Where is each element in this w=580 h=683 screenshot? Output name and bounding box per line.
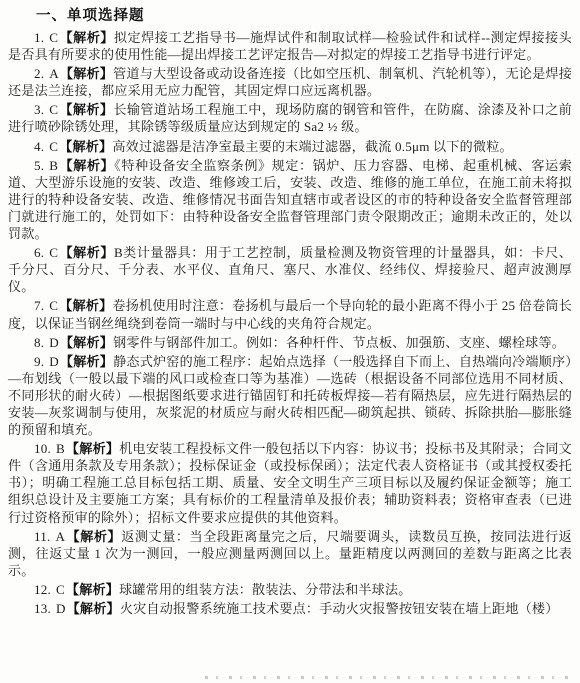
answer-item-6: 6.C【解析】B类计量器具：用于工艺控制，质量检测及物资管理的计量器具，如：卡尺…	[8, 244, 572, 295]
analysis-tag: 【解析】	[59, 158, 114, 173]
item-number: 5.	[34, 158, 44, 173]
item-text: 高效过滤器是洁净室最主要的末端过滤器，截流 0.5μm 以下的微粒。	[112, 139, 512, 154]
analysis-tag: 【解析】	[59, 30, 114, 45]
item-number: 10.	[34, 441, 51, 456]
item-answer: D	[49, 335, 59, 350]
answer-item-8: 8.D【解析】钢零件与钢部件加工。例如：各种杆件、节点板、加强筋、支座、螺栓球等…	[8, 334, 572, 351]
item-number: 9.	[34, 354, 44, 369]
item-answer: C	[49, 139, 58, 154]
item-answer: B	[49, 158, 58, 173]
item-answer: C	[49, 298, 58, 313]
answer-item-13: 13.D【解析】火灾自动报警系统施工技术要点：手动火灾报警按钮安装在墙上距地（楼…	[8, 600, 572, 617]
scan-cutoff-artifact	[205, 676, 575, 679]
answer-item-7: 7.C【解析】卷扬机使用时注意：卷扬机与最后一个导向轮的最小距离不得小于 25 …	[8, 297, 572, 331]
item-answer: C	[56, 582, 65, 597]
item-answer: D	[56, 601, 66, 616]
answer-item-12: 12.C【解析】球罐常用的组装方法：散装法、分带法和半球法。	[8, 581, 572, 598]
section-title: 一、单项选择题	[8, 6, 572, 26]
analysis-tag: 【解析】	[66, 441, 119, 456]
item-answer: C	[49, 30, 58, 45]
item-answer: B	[56, 441, 65, 456]
item-number: 11.	[34, 529, 50, 544]
analysis-tag: 【解析】	[59, 139, 112, 154]
item-number: 8.	[34, 335, 44, 350]
item-number: 1.	[34, 30, 44, 45]
answer-item-11: 11.A【解析】返测丈量：当全段距离量完之后，尺端要调头，读数员互换，按同法进行…	[8, 528, 572, 579]
answer-item-10: 10.B【解析】机电安装工程投标文件一般包括以下内容：协议书；投标书及其附录；合…	[8, 440, 572, 525]
analysis-tag: 【解析】	[66, 529, 121, 544]
item-number: 4.	[34, 139, 44, 154]
answer-item-2: 2.A【解析】管道与大型设备或动设备连接（比如空压机、制氧机、汽轮机等），无论是…	[8, 65, 572, 99]
item-text: 火灾自动报警系统施工技术要点：手动火灾报警按钮安装在墙上距地（楼）	[120, 601, 559, 616]
answer-item-1: 1.C【解析】拟定焊接工艺指导书—施焊试件和制取试样—检验试件和试样--测定焊接…	[8, 29, 572, 63]
item-number: 12.	[34, 582, 51, 597]
item-answer: C	[49, 245, 58, 260]
analysis-tag: 【解析】	[60, 335, 113, 350]
analysis-tag: 【解析】	[59, 245, 114, 260]
item-answer: A	[55, 529, 65, 544]
document-page: 一、单项选择题 1.C【解析】拟定焊接工艺指导书—施焊试件和制取试样—检验试件和…	[0, 0, 580, 683]
answer-item-9: 9.D【解析】静态式炉窑的施工程序：起始点选择（一般选择自下而上、自热端向冷端顺…	[8, 353, 572, 438]
analysis-tag: 【解析】	[60, 66, 113, 81]
item-number: 13.	[34, 601, 51, 616]
item-answer: A	[49, 66, 59, 81]
analysis-tag: 【解析】	[60, 354, 113, 369]
item-number: 6.	[34, 245, 44, 260]
answer-item-3: 3.C【解析】长输管道站场工程施工中，现场防腐的钢管和管件，在防腐、涂漆及补口之…	[8, 101, 572, 135]
item-number: 7.	[34, 298, 44, 313]
item-text: 球罐常用的组装方法：散装法、分带法和半球法。	[119, 582, 411, 597]
item-answer: D	[49, 354, 59, 369]
analysis-tag: 【解析】	[67, 601, 120, 616]
answer-item-5: 5.B【解析】《特种设备安全监察条例》规定：锅炉、压力容器、电梯、起重机械、客运…	[8, 157, 572, 242]
answer-item-4: 4.C【解析】高效过滤器是洁净室最主要的末端过滤器，截流 0.5μm 以下的微粒…	[8, 138, 572, 155]
analysis-tag: 【解析】	[59, 102, 113, 117]
item-number: 2.	[34, 66, 44, 81]
item-number: 3.	[34, 102, 44, 117]
analysis-tag: 【解析】	[59, 298, 112, 313]
item-text: 钢零件与钢部件加工。例如：各种杆件、节点板、加强筋、支座、螺栓球等。	[113, 335, 565, 350]
item-answer: C	[49, 102, 58, 117]
analysis-tag: 【解析】	[66, 582, 119, 597]
